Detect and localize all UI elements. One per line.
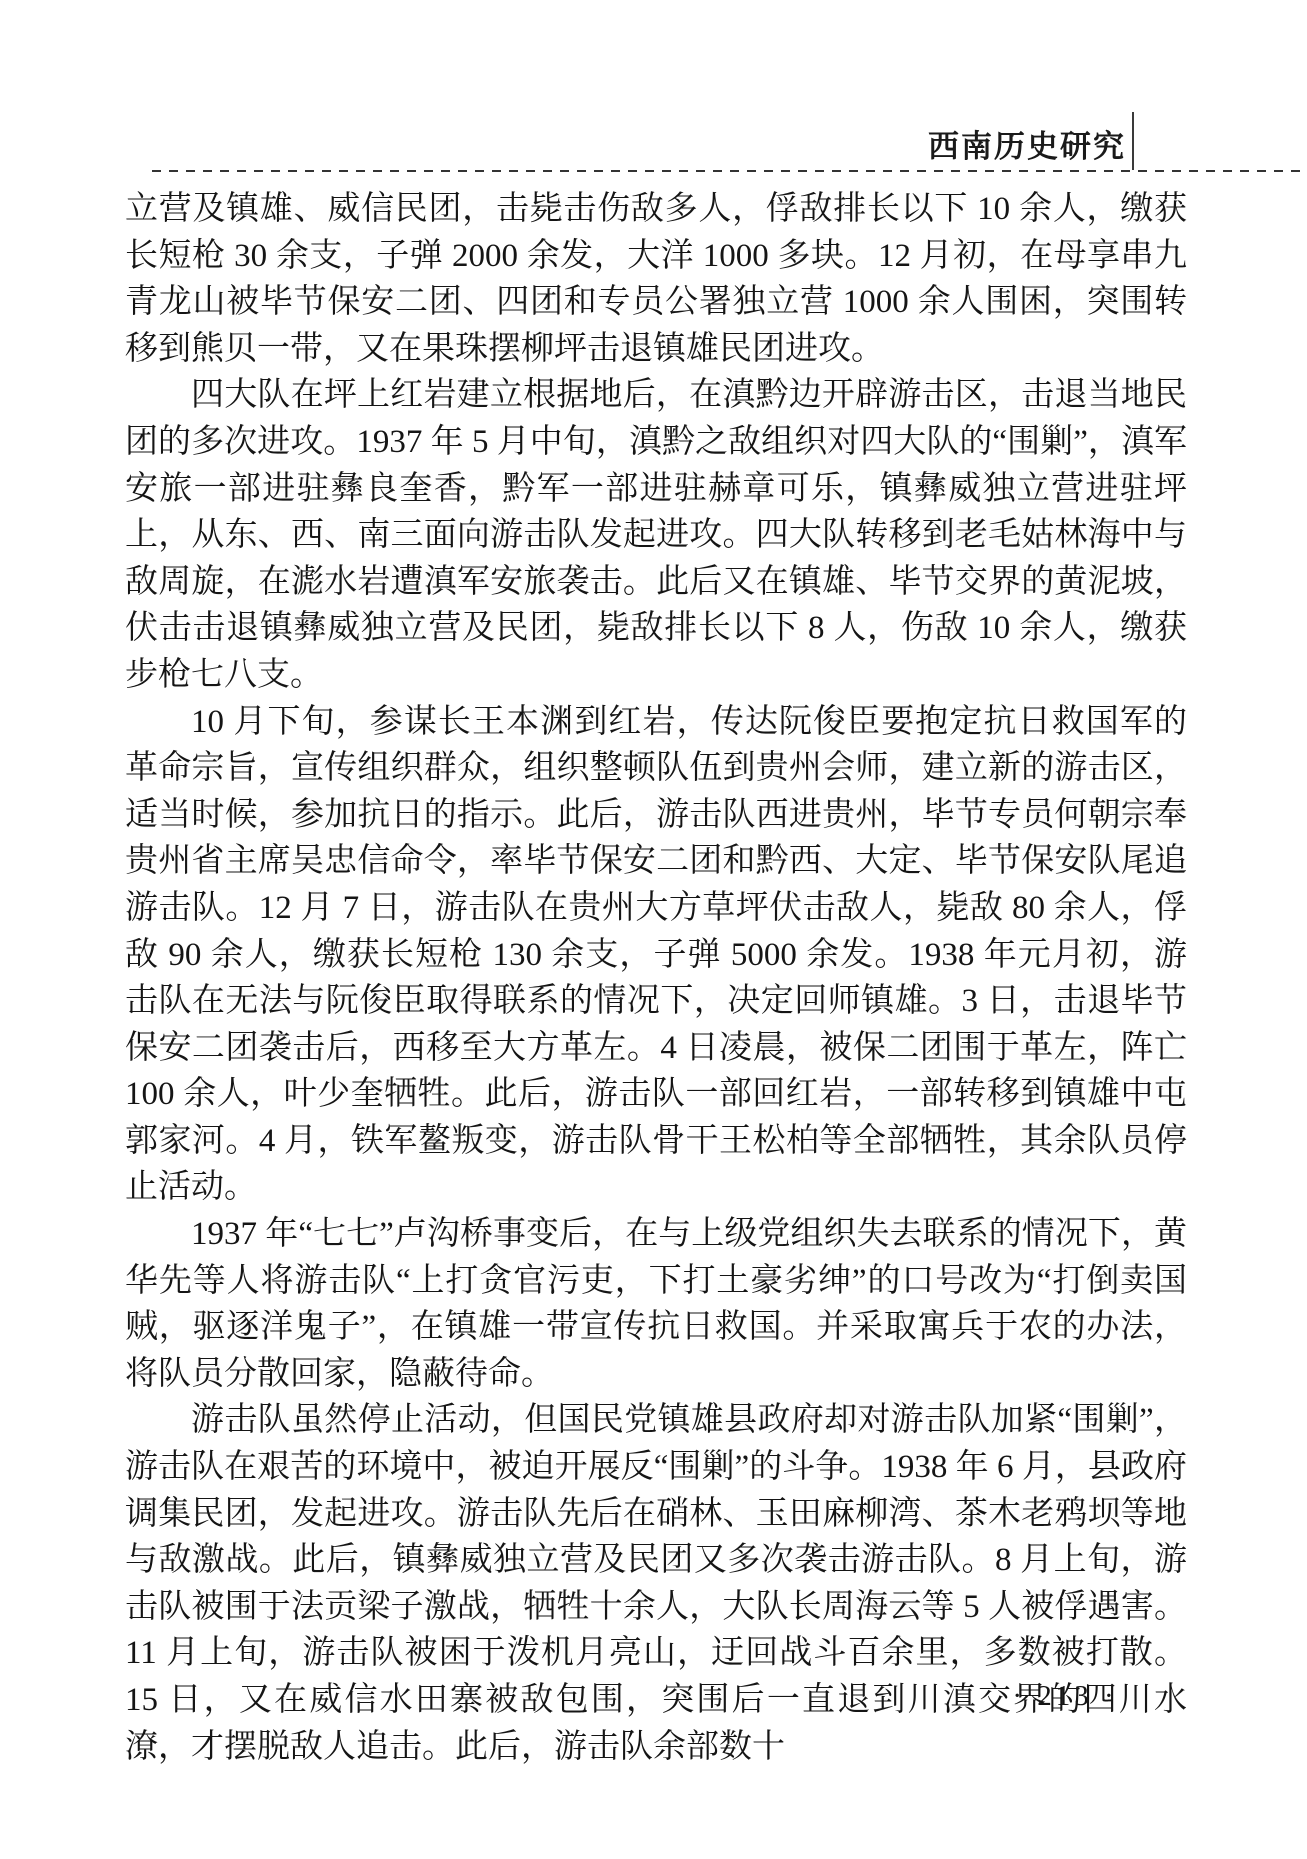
body-paragraph: 立营及镇雄、威信民团，击毙击伤敌多人，俘敌排长以下 10 余人，缴获长短枪 30… [125,186,1187,372]
body-paragraph: 游击队虽然停止活动，但国民党镇雄县政府却对游击队加紧“围剿”，游击队在艰苦的环境… [125,1397,1187,1770]
header-vertical-rule [1132,112,1134,170]
header-dashed-rule [152,170,1307,172]
running-head-title: 西南历史研究 [0,121,1126,166]
page-number: · 213 · [940,1680,1190,1713]
body-paragraph: 1937 年“七七”卢沟桥事变后，在与上级党组织失去联系的情况下，黄华先等人将游… [125,1211,1187,1397]
body-paragraph: 四大队在坪上红岩建立根据地后，在滇黔边开辟游击区，击退当地民团的多次进攻。193… [125,372,1187,698]
body-text-block: 立营及镇雄、威信民团，击毙击伤敌多人，俘敌排长以下 10 余人，缴获长短枪 30… [125,186,1187,1770]
body-paragraph: 10 月下旬，参谋长王本渊到红岩，传达阮俊臣要抱定抗日救国军的革命宗旨，宣传组织… [125,699,1187,1212]
book-page: 西南历史研究 立营及镇雄、威信民团，击毙击伤敌多人，俘敌排长以下 10 余人，缴… [0,0,1307,1859]
